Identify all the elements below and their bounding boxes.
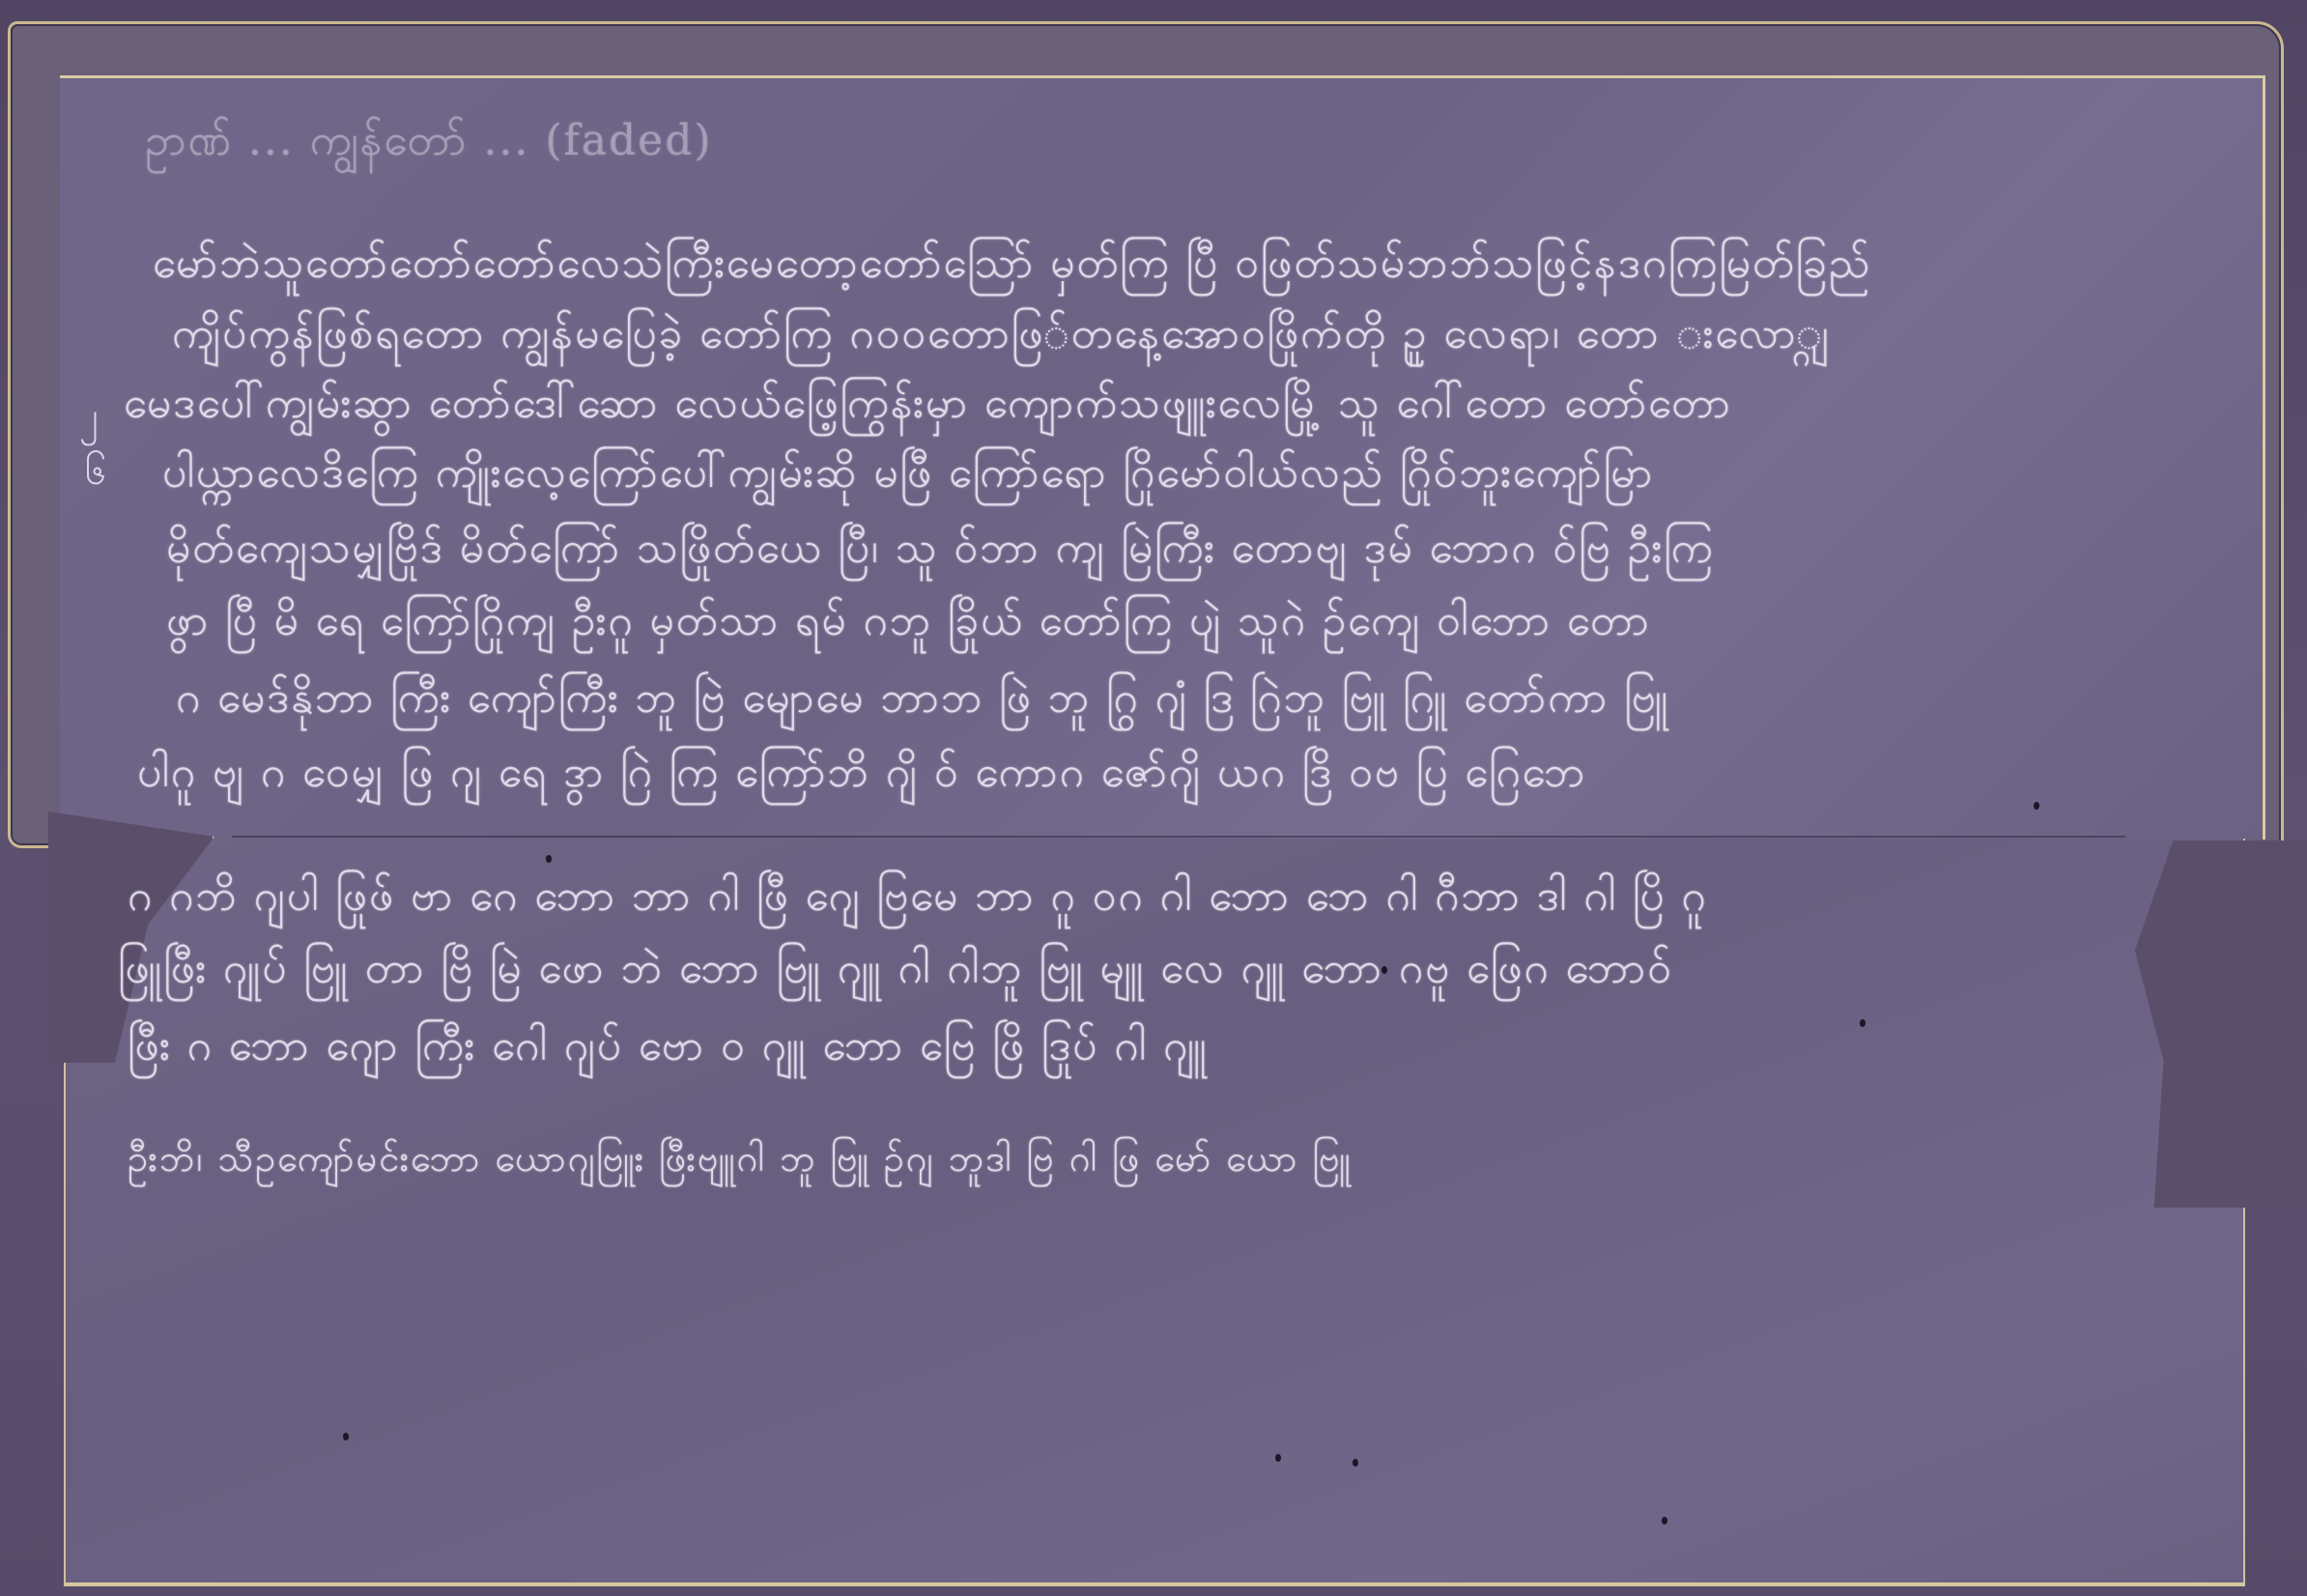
ink-speck bbox=[1662, 1517, 1667, 1525]
script-line-1: မော်ဘဲသူတော်တော်တော်လေသဲကြီးမေတော့တော်သြ… bbox=[153, 237, 1871, 299]
script-line-6: ဖွာ ပြီ မိ ရေ ကြော်ဂြိုကျ ဦးဂူ မှတ်သာ ရမ… bbox=[166, 594, 1651, 656]
ink-speck bbox=[546, 855, 552, 863]
script-line-9: ဂ ဂဘိ ဂျပါ ဖြုဖ် ဗာ ဂေ ဘော ဘာ ဂါ ဖြီ ဂျေ… bbox=[128, 869, 1708, 931]
script-line-12: ဦးဘိ၊ သီဥကျော်မင်းဘော ယောဂျဗြူး ဖြီးဗျူဂ… bbox=[128, 1135, 1353, 1189]
margin-mark-1: ၂ bbox=[79, 391, 99, 448]
margin-mark-2: ၆ bbox=[85, 446, 107, 503]
ink-speck bbox=[1275, 1454, 1281, 1462]
script-line-7: ဂ မေဒ်နိုဘာ ကြီး ကျော်ကြီး ဘူ ဗြဲ မျောမေ… bbox=[176, 671, 1669, 733]
ink-speck bbox=[1860, 1019, 1866, 1027]
script-line-4: ပါယ္ကာလေဒိကြေ ကျိုးလေ့ကြော်ပေါ်ကျွမ်းဆို… bbox=[162, 446, 1654, 508]
script-line-11: ဖြီး ဂ ဘော ဂျော ကြီး ဂေါ ဂျပ် ဗော ဝ ဂျူ … bbox=[128, 1019, 1209, 1081]
ink-speck bbox=[1353, 1459, 1358, 1467]
script-line-2: ကျိပ်ကွန်ဖြစ်ရတော ကျွန်မပြေခဲ့ တော်ကြ ဂဝ… bbox=[172, 307, 1831, 369]
script-line-8: ပါဂူ ဗျ ဂ ဝေမျှ ဖြ ဂျ ရေ ဒွာ ဂြဲ ကြ ကြော… bbox=[137, 746, 1586, 808]
header-line: ဥာဏ် ... ကျွန်တော် ... (faded) bbox=[145, 114, 713, 176]
script-line-5: မိုတ်ကျေသမျှဗြိုဒ် မိတ်ကြော် သဖြိုတ်ယေ ပ… bbox=[166, 522, 1715, 584]
ink-speck bbox=[343, 1433, 349, 1440]
ink-speck bbox=[1381, 966, 1387, 974]
fold-crease bbox=[232, 836, 2125, 838]
script-line-3: မေဒပေါ်ကျွမ်းဆွာ တော်ဒေါ်ဆော လေယ်ဖြေ့ကြွ… bbox=[124, 377, 1732, 439]
script-line-10: ဖြူဖြီး ဂျုပ် ဗြူ တာ ဗြိ မြဲ ဖော ဘဲ ဘော … bbox=[118, 942, 1673, 1004]
ink-speck bbox=[2034, 802, 2039, 810]
